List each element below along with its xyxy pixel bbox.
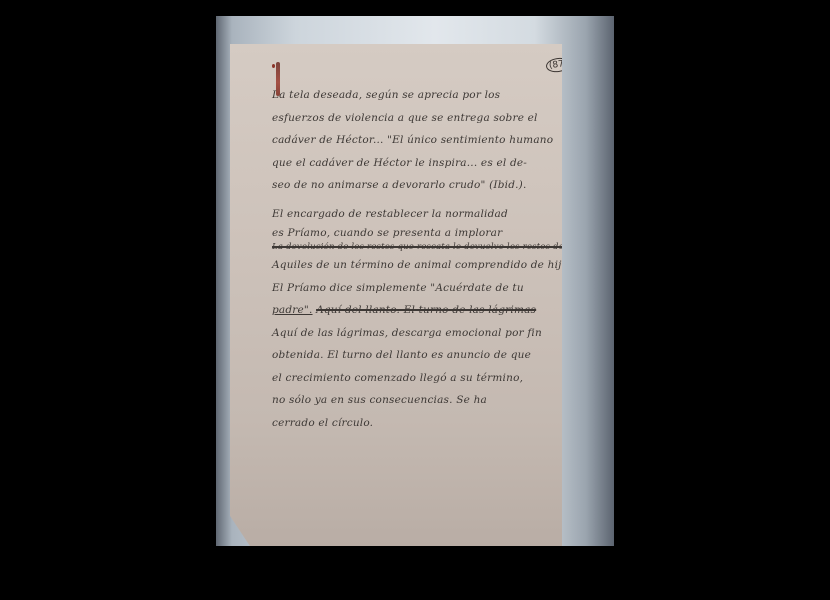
photograph-frame: (87) La tela deseada, según se aprecia p… — [216, 16, 614, 546]
text-line: el crecimiento comenzado llegó a su térm… — [272, 367, 552, 390]
red-margin-mark-dot — [272, 64, 275, 68]
text-line: que el cadáver de Héctor le inspira... e… — [272, 152, 552, 175]
manuscript-page: (87) La tela deseada, según se aprecia p… — [230, 44, 562, 546]
text-line: El Príamo dice simplemente "Acuérdate de… — [272, 277, 552, 300]
text-line: El encargado de restablecer la normalida… — [272, 203, 552, 226]
text-line: obtenida. El turno del llanto es anuncio… — [272, 344, 552, 367]
kept-text: padre". — [272, 304, 313, 316]
struck-text-line: La devolución de los restos que rescata … — [272, 241, 552, 254]
text-line: Aquiles de un término de animal comprend… — [272, 254, 552, 277]
text-line: esfuerzos de violencia a que se entrega … — [272, 107, 552, 130]
text-line-partial-strike: padre". Aquí del llanto. El turno de las… — [272, 299, 552, 322]
text-line: cerrado el círculo. — [272, 412, 552, 435]
text-line: es Príamo, cuando se presenta a implorar — [272, 225, 552, 241]
text-line: La tela deseada, según se aprecia por lo… — [272, 84, 552, 107]
text-line: cadáver de Héctor... "El único sentimien… — [272, 129, 552, 152]
page-number: (87) — [545, 56, 571, 73]
text-line: Aquí de las lágrimas, descarga emocional… — [272, 322, 552, 345]
struck-text: Aquí del llanto. El turno de las lágrima… — [316, 304, 536, 316]
text-line: no sólo ya en sus consecuencias. Se ha — [272, 389, 552, 412]
handwritten-text: La tela deseada, según se aprecia por lo… — [272, 84, 552, 434]
text-line: seo de no animarse a devorarlo crudo" (I… — [272, 174, 552, 197]
